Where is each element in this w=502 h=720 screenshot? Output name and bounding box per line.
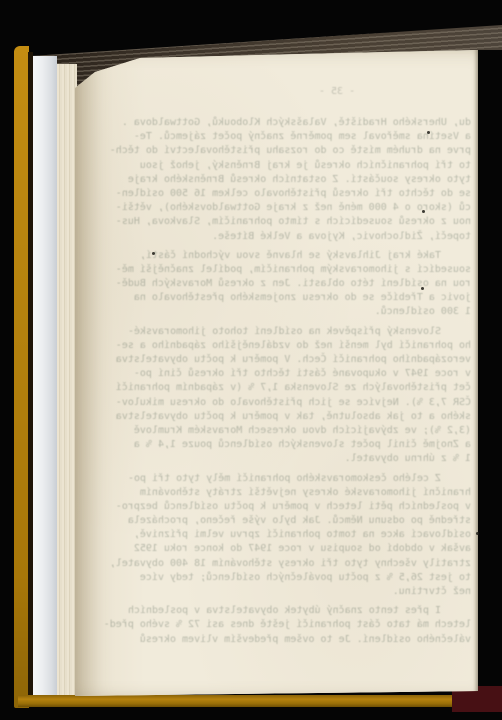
- typescript-line: válečného osídlení. Je to ovšem předevší…: [103, 633, 471, 647]
- flyleaf-edge: [33, 56, 57, 697]
- book-cover-bottom-edge: [18, 695, 462, 707]
- book-page: - 35 - du, Uherského Hradiště, Valašskýc…: [75, 45, 478, 700]
- typescript-line: osídlovací akce na tomto pohraničí zprvu…: [103, 528, 471, 542]
- typescript-line: du, Uherského Hradiště, Valašských Klobo…: [103, 116, 471, 130]
- typescript-line: Také kraj Jihlavský se hlavně svou výcho…: [103, 249, 471, 263]
- typescript-line: Z celého českomoravského pohraničí měly …: [103, 472, 471, 486]
- typescript-line: tyto okresy součástí. Z ostatních okresů…: [103, 173, 471, 187]
- dust-speck: [427, 131, 430, 134]
- typescript-line: nou z okresů sousedících s tímto pohrani…: [103, 215, 471, 229]
- dust-speck: [422, 210, 425, 213]
- typescript-line: ztratily všechny tyto tři okresy stěhová…: [103, 557, 471, 571]
- typescript-line: verozápadního pohraničí Čech. V poměru k…: [103, 353, 471, 367]
- typescript-line: I přes tento značný úbytek obyvatelstva …: [103, 604, 471, 618]
- typescript-line: avšak v období od soupisu v roce 1947 do…: [103, 542, 471, 556]
- typescript-line: 1 300 osídlenců.: [103, 305, 471, 319]
- typescript-line: to tří pohraničních okresů je kraj Brněn…: [103, 159, 471, 173]
- typescript-line: se do těchto tří okresů přistěhovalo cel…: [103, 187, 471, 201]
- typescript-line: prve na druhém místě co do rozsahu přist…: [103, 144, 471, 158]
- typescript-line: ského a to jak absolutně, tak v poměru k…: [103, 410, 471, 424]
- book-photo: - 35 - du, Uherského Hradiště, Valašskýc…: [0, 0, 502, 720]
- book-cover-left-edge: [14, 46, 29, 708]
- typescript-line: než čtvrtinu.: [103, 585, 471, 599]
- dust-speck: [476, 532, 479, 535]
- typescript-line: a Vsetína směřoval sem poměrně značný po…: [103, 130, 471, 144]
- typescript-line: rou na osídlení této oblasti. Jen z okre…: [103, 277, 471, 291]
- typescript-line: ců (skoro o 4 000 méně než z kraje Gottw…: [103, 201, 471, 215]
- typescript-line: topečí, Židlochovic, Kyjova a Velké Bíte…: [103, 230, 471, 244]
- typescript-line: v posledních pěti letech v poměru k počt…: [103, 500, 471, 514]
- typescript-line: sousedící s jihomoravským pohraničím, po…: [103, 263, 471, 277]
- typescript-line: (3,2 %); ve zbývajících dvou okresech Mo…: [103, 424, 471, 438]
- page-number: - 35 -: [307, 86, 367, 97]
- typescript-line: čet přistěhovalých ze Slovenska 1,7 % (v…: [103, 381, 471, 395]
- typescript-line: 1 % z úhrnu obyvatel.: [103, 452, 471, 466]
- typescript-line: a Znojmě činil počet slovenských osídlen…: [103, 438, 471, 452]
- typescript-line: hraniční jihomoravské okresy největší zt…: [103, 486, 471, 500]
- page-stack-edges: [57, 64, 77, 696]
- typescript-line: v roce 1947 v okupované části těchto tří…: [103, 367, 471, 381]
- typescript-line: ho pohraničí byl menší než do vzdálenějš…: [103, 339, 471, 353]
- dust-speck: [152, 252, 155, 255]
- typescript-line: to jest 26,5 % z počtu poválečných osídl…: [103, 571, 471, 585]
- dust-speck: [421, 287, 424, 290]
- typescript-line: ČSR 7,3 %). Nejvíce se jich přistěhovalo…: [103, 396, 471, 410]
- typescript-line: středně po odsunu Němců. Jak bylo výše ř…: [103, 514, 471, 528]
- typescript-line: Slovenský příspěvek na osídlení tohoto j…: [103, 325, 471, 339]
- typescript-line: letech má tato část pohraničí ještě dnes…: [103, 618, 471, 632]
- typescript-line: jovic a Třebíče se do okresu znojemského…: [103, 291, 471, 305]
- typescript-text-block: du, Uherského Hradiště, Valašských Klobo…: [103, 116, 471, 647]
